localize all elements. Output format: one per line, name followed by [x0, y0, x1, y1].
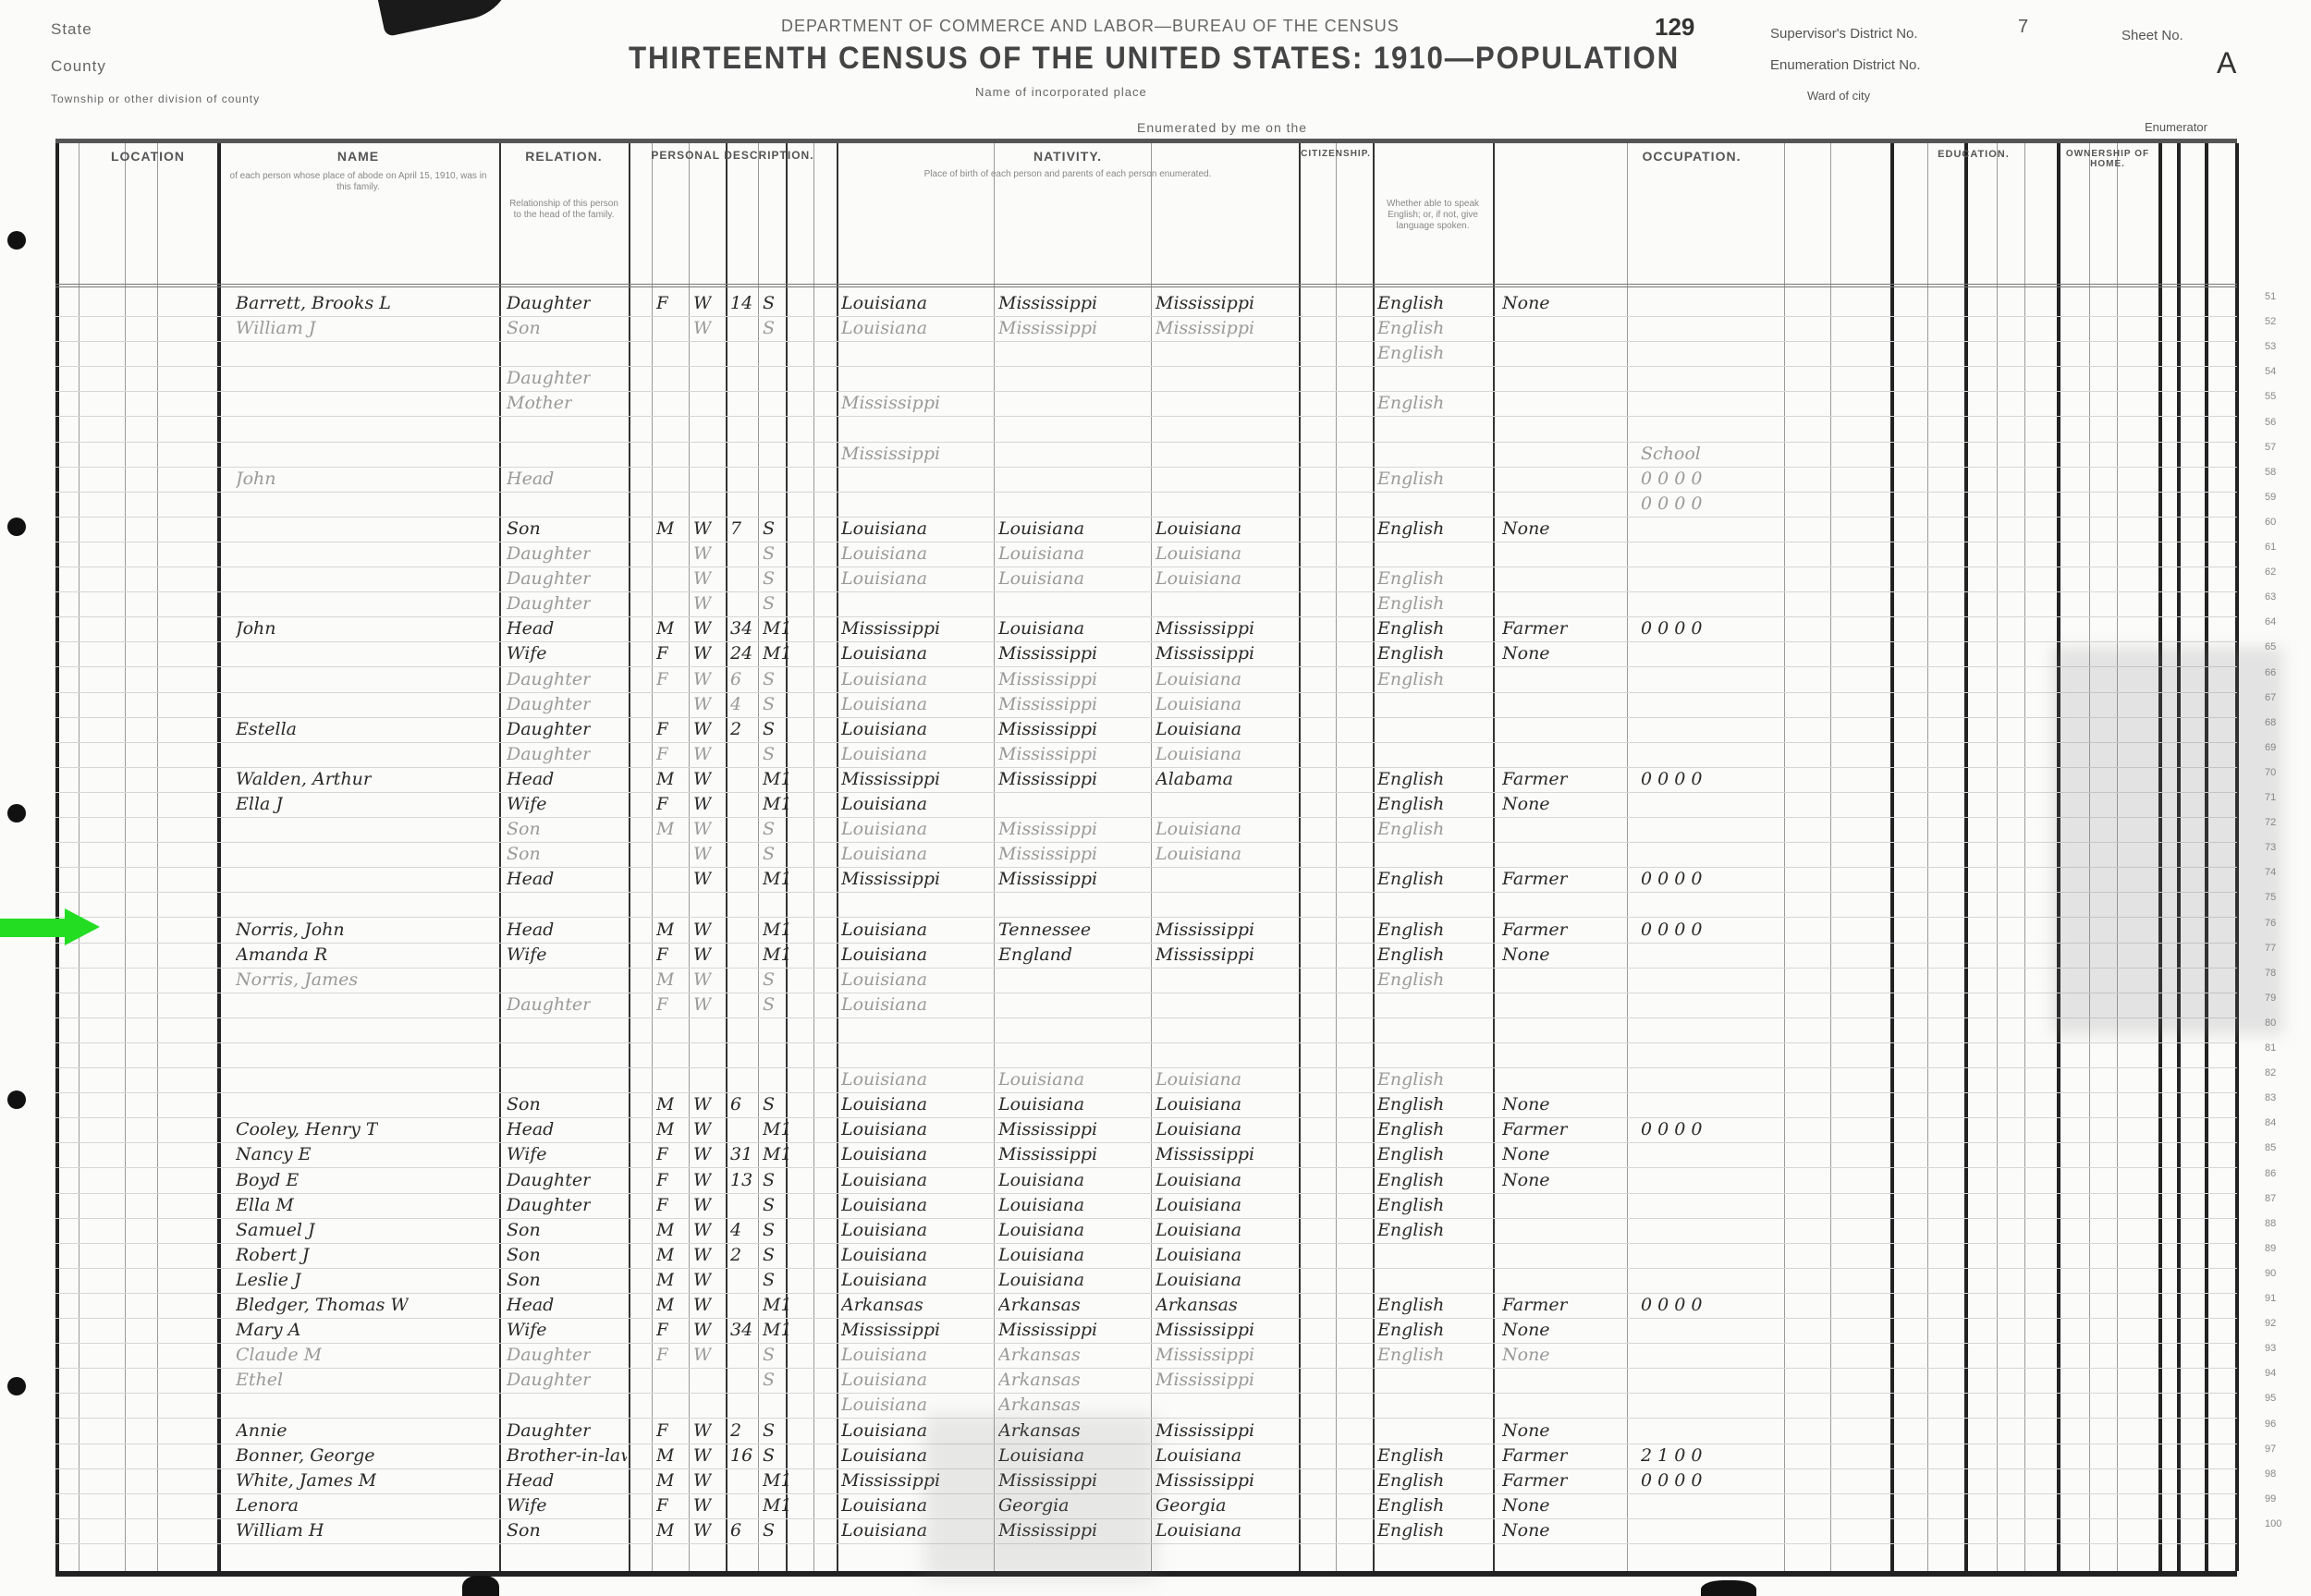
table-row: Cooley, Henry THeadMWM1LouisianaMississi… [55, 1117, 2237, 1143]
cell-language: English [1377, 643, 1444, 664]
cell-language: English [1377, 1320, 1444, 1340]
cell-occupation: None [1502, 944, 1550, 965]
cell-marital: S [763, 1195, 775, 1215]
township-label: Township or other division of county [51, 92, 260, 105]
table-row: DaughterW4SLouisianaMississippiLouisiana… [55, 692, 2237, 718]
cell-sex: F [656, 944, 668, 965]
cell-marital: M1 [763, 944, 790, 965]
cell-extra: 0 0 0 0 [1641, 869, 1702, 889]
cell-father-birth: Arkansas [998, 1295, 1081, 1315]
cell-father-birth: Louisiana [998, 618, 1084, 639]
cell-birth: Louisiana [841, 1094, 927, 1115]
cell-sex: F [656, 293, 668, 313]
colhead-citizenship: CITIZENSHIP. [1299, 149, 1373, 159]
line-number: 62 [2265, 567, 2276, 578]
table-row: Ella JWifeFWM1LouisianaEnglishNone71 [55, 792, 2237, 818]
ink-blot [375, 0, 521, 37]
cell-relation: Head [507, 469, 554, 489]
cell-occupation: None [1502, 518, 1550, 539]
cell-mother-birth: Mississippi [1155, 1144, 1254, 1164]
cell-name: Cooley, Henry T [236, 1119, 378, 1139]
table-row: SonWSLouisianaMississippiLouisiana73 [55, 842, 2237, 868]
cell-marital: S [763, 518, 775, 539]
cell-race: W [693, 593, 712, 614]
ward-label: Ward of city [1807, 89, 1870, 103]
cell-relation: Son [507, 318, 541, 338]
cell-extra: 0 0 0 0 [1641, 920, 1702, 940]
cell-sex: F [656, 643, 668, 664]
cell-age: 4 [730, 694, 741, 714]
cell-occupation: Farmer [1502, 869, 1568, 889]
census-table: LOCATION NAME of each person whose place… [55, 139, 2237, 1577]
cell-language: English [1377, 1345, 1444, 1365]
table-row: WifeFW24M1LouisianaMississippiMississipp… [55, 641, 2237, 667]
line-number: 83 [2265, 1092, 2276, 1103]
colhead-personal: PERSONAL DESCRIPTION. [629, 149, 837, 162]
cell-relation: Mother [507, 393, 572, 413]
line-number: 91 [2265, 1293, 2276, 1304]
cell-age: 34 [730, 618, 752, 639]
cell-race: W [693, 794, 712, 814]
cell-age: 24 [730, 643, 752, 664]
cell-race: W [693, 518, 712, 539]
cell-age: 13 [730, 1170, 752, 1190]
line-number: 82 [2265, 1067, 2276, 1078]
cell-mother-birth: Louisiana [1155, 694, 1241, 714]
cell-race: W [693, 318, 712, 338]
cell-sex: M [656, 1295, 674, 1315]
table-row: 75 [55, 892, 2237, 918]
enumerator-label: Enumerator [2145, 120, 2207, 134]
cell-occupation: None [1502, 794, 1550, 814]
cell-language: English [1377, 969, 1444, 990]
cell-birth: Louisiana [841, 1245, 927, 1265]
cell-occupation: Farmer [1502, 618, 1568, 639]
cell-marital: M1 [763, 920, 790, 940]
table-row: Mary AWifeFW34M1MississippiMississippiMi… [55, 1318, 2237, 1344]
cell-race: W [693, 1345, 712, 1365]
cell-marital: S [763, 593, 775, 614]
cell-language: English [1377, 1220, 1444, 1240]
cell-name: Norris, John [236, 920, 345, 940]
cell-sex: M [656, 769, 674, 789]
table-row: Leslie JSonMWSLouisianaLouisianaLouisian… [55, 1268, 2237, 1294]
table-row: Amanda RWifeFWM1LouisianaEnglandMississi… [55, 943, 2237, 969]
cell-language: English [1377, 1195, 1444, 1215]
state-label: State [51, 20, 92, 39]
cell-sex: M [656, 518, 674, 539]
cell-birth: Louisiana [841, 694, 927, 714]
cell-marital: S [763, 543, 775, 564]
cell-marital: S [763, 318, 775, 338]
cell-marital: S [763, 994, 775, 1015]
cell-name: Barrett, Brooks L [236, 293, 391, 313]
cell-birth: Arkansas [841, 1295, 923, 1315]
cell-extra: School [1641, 444, 1701, 464]
table-row: Robert JSonMW2SLouisianaLouisianaLouisia… [55, 1243, 2237, 1269]
cell-language: English [1377, 1495, 1444, 1516]
table-row: MississippiSchool57 [55, 442, 2237, 468]
cell-mother-birth: Mississippi [1155, 293, 1254, 313]
cell-extra: 0 0 0 0 [1641, 618, 1702, 639]
cell-relation: Head [507, 769, 554, 789]
line-number: 87 [2265, 1193, 2276, 1204]
punch-hole [7, 1377, 26, 1395]
cell-race: W [693, 944, 712, 965]
cell-sex: M [656, 1520, 674, 1541]
table-row: Samuel JSonMW4SLouisianaLouisianaLouisia… [55, 1218, 2237, 1244]
cell-occupation: None [1502, 1094, 1550, 1115]
cell-language: English [1377, 293, 1444, 313]
cell-relation: Wife [507, 1320, 547, 1340]
cell-age: 2 [730, 719, 741, 739]
cell-name: William H [236, 1520, 324, 1541]
line-number: 61 [2265, 542, 2276, 553]
colhead-location: LOCATION [79, 149, 217, 164]
cell-name: Boyd E [236, 1170, 299, 1190]
table-row: Norris, JohnHeadMWM1LouisianaTennesseeMi… [55, 918, 2237, 944]
cell-relation: Son [507, 1220, 541, 1240]
cell-father-birth: Mississippi [998, 844, 1097, 864]
cell-marital: S [763, 568, 775, 589]
cell-mother-birth: Mississippi [1155, 318, 1254, 338]
cell-occupation: Farmer [1502, 769, 1568, 789]
cell-name: Walden, Arthur [236, 769, 372, 789]
cell-language: English [1377, 944, 1444, 965]
cell-birth: Louisiana [841, 844, 927, 864]
cell-father-birth: Louisiana [998, 1270, 1084, 1290]
cell-race: W [693, 994, 712, 1015]
cell-mother-birth: Mississippi [1155, 944, 1254, 965]
cell-birth: Mississippi [841, 1320, 940, 1340]
cell-birth: Louisiana [841, 920, 927, 940]
cell-race: W [693, 1270, 712, 1290]
cell-race: W [693, 1119, 712, 1139]
cell-sex: M [656, 1119, 674, 1139]
cell-birth: Louisiana [841, 1395, 927, 1415]
cell-mother-birth: Louisiana [1155, 1445, 1241, 1466]
cell-relation: Head [507, 1470, 554, 1491]
cell-birth: Mississippi [841, 444, 940, 464]
cell-extra: 2 1 0 0 [1641, 1445, 1702, 1466]
cell-mother-birth: Louisiana [1155, 568, 1241, 589]
cell-relation: Daughter [507, 694, 591, 714]
cell-marital: M1 [763, 618, 790, 639]
table-row: Daughter54 [55, 366, 2237, 392]
cell-birth: Louisiana [841, 719, 927, 739]
line-number: 95 [2265, 1393, 2276, 1404]
cell-sex: M [656, 1220, 674, 1240]
cell-language: English [1377, 393, 1444, 413]
cell-sex: F [656, 794, 668, 814]
cell-occupation: None [1502, 1170, 1550, 1190]
cell-father-birth: Mississippi [998, 293, 1097, 313]
cell-name: William J [236, 318, 316, 338]
cell-language: English [1377, 618, 1444, 639]
cell-relation: Daughter [507, 568, 591, 589]
cell-mother-birth: Louisiana [1155, 669, 1241, 689]
cell-name: Mary A [236, 1320, 300, 1340]
cell-marital: S [763, 1220, 775, 1240]
cell-occupation: Farmer [1502, 1295, 1568, 1315]
cell-language: English [1377, 794, 1444, 814]
cell-race: W [693, 643, 712, 664]
table-row: William JSonWSLouisianaMississippiMissis… [55, 316, 2237, 342]
table-row: SonMWSLouisianaMississippiLouisianaEngli… [55, 817, 2237, 843]
cell-race: W [693, 1445, 712, 1466]
cell-language: English [1377, 1144, 1444, 1164]
cell-relation: Daughter [507, 744, 591, 764]
cell-mother-birth: Mississippi [1155, 920, 1254, 940]
cell-birth: Louisiana [841, 969, 927, 990]
cell-mother-birth: Georgia [1155, 1495, 1227, 1516]
cell-father-birth: Mississippi [998, 643, 1097, 664]
cell-sex: F [656, 1420, 668, 1441]
cell-sex: M [656, 819, 674, 839]
line-number: 99 [2265, 1493, 2276, 1505]
punch-hole [7, 1090, 26, 1109]
cell-name: Ethel [236, 1370, 283, 1390]
cell-relation: Daughter [507, 1420, 591, 1441]
line-number: 86 [2265, 1168, 2276, 1179]
cell-age: 2 [730, 1245, 741, 1265]
cell-relation: Wife [507, 1144, 547, 1164]
cell-marital: S [763, 694, 775, 714]
line-number: 57 [2265, 442, 2276, 453]
enumerated-label: Enumerated by me on the [1137, 120, 1307, 135]
cell-age: 6 [730, 1520, 741, 1541]
cell-name: Robert J [236, 1245, 310, 1265]
cell-father-birth: Mississippi [998, 1320, 1097, 1340]
line-number: 60 [2265, 517, 2276, 528]
place-label: Name of incorporated place [975, 85, 1147, 99]
cell-relation: Head [507, 1119, 554, 1139]
cell-marital: S [763, 1520, 775, 1541]
cell-mother-birth: Mississippi [1155, 1370, 1254, 1390]
document-title: THIRTEENTH CENSUS OF THE UNITED STATES: … [629, 41, 1680, 77]
cell-race: W [693, 694, 712, 714]
cell-relation: Son [507, 518, 541, 539]
cell-mother-birth: Louisiana [1155, 1245, 1241, 1265]
department-heading: DEPARTMENT OF COMMERCE AND LABOR—BUREAU … [781, 17, 1400, 36]
cell-birth: Louisiana [841, 1195, 927, 1215]
cell-race: W [693, 869, 712, 889]
line-number: 96 [2265, 1419, 2276, 1430]
cell-relation: Head [507, 869, 554, 889]
cell-language: English [1377, 343, 1444, 363]
table-row: MotherMississippiEnglish55 [55, 391, 2237, 417]
table-row: Walden, ArthurHeadMWM1MississippiMississ… [55, 767, 2237, 793]
cell-age: 6 [730, 1094, 741, 1115]
cell-name: John [236, 469, 276, 489]
cell-language: English [1377, 1470, 1444, 1491]
line-number: 58 [2265, 467, 2276, 478]
cell-race: W [693, 920, 712, 940]
cell-occupation: None [1502, 1345, 1550, 1365]
cell-marital: M1 [763, 643, 790, 664]
colhead-language-desc: Whether able to speak English; or, if no… [1377, 199, 1488, 232]
cell-relation: Son [507, 844, 541, 864]
cell-age: 34 [730, 1320, 752, 1340]
cell-mother-birth: Louisiana [1155, 1119, 1241, 1139]
table-row: JohnHeadMW34M1MississippiLouisianaMissis… [55, 616, 2237, 642]
cell-marital: M1 [763, 1495, 790, 1516]
cell-name: Samuel J [236, 1220, 315, 1240]
cell-father-birth: Mississippi [998, 769, 1097, 789]
sheet-label: Sheet No. [2121, 28, 2183, 43]
cell-language: English [1377, 568, 1444, 589]
table-row: SonMW7SLouisianaLouisianaLouisianaEnglis… [55, 517, 2237, 542]
cell-age: 6 [730, 669, 741, 689]
cell-mother-birth: Mississippi [1155, 1470, 1254, 1491]
table-row: HeadWM1MississippiMississippiEnglishFarm… [55, 867, 2237, 893]
table-row: Bledger, Thomas WHeadMWM1ArkansasArkansa… [55, 1293, 2237, 1319]
cell-sex: M [656, 618, 674, 639]
cell-mother-birth: Mississippi [1155, 1345, 1254, 1365]
cell-name: Claude M [236, 1345, 322, 1365]
table-row: English53 [55, 341, 2237, 367]
cell-language: English [1377, 1069, 1444, 1090]
cell-occupation: None [1502, 293, 1550, 313]
cell-mother-birth: Louisiana [1155, 1220, 1241, 1240]
cell-name: Bledger, Thomas W [236, 1295, 409, 1315]
cell-birth: Louisiana [841, 994, 927, 1015]
cell-name: John [236, 618, 276, 639]
cell-birth: Louisiana [841, 1520, 927, 1541]
table-row: DaughterFW6SLouisianaMississippiLouisian… [55, 667, 2237, 693]
line-number: 92 [2265, 1318, 2276, 1329]
cell-marital: M1 [763, 869, 790, 889]
cell-occupation: None [1502, 1495, 1550, 1516]
cell-relation: Son [507, 1520, 541, 1541]
cell-relation: Daughter [507, 1170, 591, 1190]
colhead-ownership: OWNERSHIP OF HOME. [2057, 149, 2158, 169]
cell-name: Bonner, George [236, 1445, 375, 1466]
cell-language: English [1377, 469, 1444, 489]
table-row: Barrett, Brooks LDaughterFW14SLouisianaM… [55, 291, 2237, 317]
cell-extra: 0 0 0 0 [1641, 469, 1702, 489]
cell-relation: Daughter [507, 543, 591, 564]
cell-occupation: None [1502, 1420, 1550, 1441]
cell-father-birth: Mississippi [998, 1144, 1097, 1164]
cell-occupation: Farmer [1502, 1445, 1568, 1466]
cell-race: W [693, 1320, 712, 1340]
cell-occupation: None [1502, 643, 1550, 664]
cell-language: English [1377, 869, 1444, 889]
sheet-letter: A [2217, 46, 2236, 80]
cell-race: W [693, 1295, 712, 1315]
cell-sex: M [656, 1470, 674, 1491]
cell-father-birth: Arkansas [998, 1395, 1081, 1415]
cell-relation: Wife [507, 794, 547, 814]
table-row: JohnHeadEnglish0 0 0 058 [55, 467, 2237, 493]
cell-father-birth: Mississippi [998, 719, 1097, 739]
punch-hole [7, 231, 26, 250]
cell-mother-birth: Louisiana [1155, 744, 1241, 764]
cell-marital: S [763, 1370, 775, 1390]
cell-father-birth: Mississippi [998, 1119, 1097, 1139]
cell-sex: M [656, 1245, 674, 1265]
cell-birth: Mississippi [841, 393, 940, 413]
line-number: 100 [2265, 1518, 2281, 1529]
cell-birth: Louisiana [841, 1370, 927, 1390]
line-number: 88 [2265, 1218, 2276, 1229]
cell-relation: Son [507, 1094, 541, 1115]
table-row: 80 [55, 1017, 2237, 1043]
line-number: 56 [2265, 417, 2276, 428]
cell-relation: Daughter [507, 1195, 591, 1215]
cell-sex: F [656, 1195, 668, 1215]
line-number: 51 [2265, 291, 2276, 302]
cell-sex: F [656, 1345, 668, 1365]
cell-sex: M [656, 1094, 674, 1115]
cell-father-birth: Louisiana [998, 1094, 1084, 1115]
line-number: 64 [2265, 616, 2276, 627]
cell-language: English [1377, 669, 1444, 689]
cell-birth: Louisiana [841, 1144, 927, 1164]
cell-mother-birth: Louisiana [1155, 1520, 1241, 1541]
cell-relation: Wife [507, 944, 547, 965]
table-row: DaughterFWSLouisianaMississippiLouisiana… [55, 742, 2237, 768]
line-number: 84 [2265, 1117, 2276, 1128]
cell-father-birth: Arkansas [998, 1370, 1081, 1390]
cell-relation: Daughter [507, 593, 591, 614]
cell-language: English [1377, 769, 1444, 789]
line-number: 54 [2265, 366, 2276, 377]
table-row: EstellaDaughterFW2SLouisianaMississippiL… [55, 717, 2237, 743]
cell-mother-birth: Mississippi [1155, 618, 1254, 639]
punch-hole [7, 804, 26, 822]
cell-father-birth: Louisiana [998, 543, 1084, 564]
cell-birth: Mississippi [841, 618, 940, 639]
cell-father-birth: Louisiana [998, 568, 1084, 589]
cell-birth: Louisiana [841, 1119, 927, 1139]
cell-sex: M [656, 920, 674, 940]
cell-birth: Louisiana [841, 643, 927, 664]
cell-marital: M1 [763, 1320, 790, 1340]
cell-father-birth: Mississippi [998, 819, 1097, 839]
cell-father-birth: Louisiana [998, 1170, 1084, 1190]
cell-marital: M1 [763, 1470, 790, 1491]
cell-birth: Louisiana [841, 568, 927, 589]
cell-marital: S [763, 1245, 775, 1265]
cell-extra: 0 0 0 0 [1641, 769, 1702, 789]
line-number: 81 [2265, 1042, 2276, 1054]
cell-race: W [693, 543, 712, 564]
cell-father-birth: Louisiana [998, 1220, 1084, 1240]
cell-sex: F [656, 1495, 668, 1516]
cell-birth: Louisiana [841, 318, 927, 338]
cell-language: English [1377, 1295, 1444, 1315]
cell-sex: M [656, 1445, 674, 1466]
census-sheet: State County Township or other division … [0, 0, 2311, 1596]
cell-relation: Son [507, 819, 541, 839]
cell-birth: Mississippi [841, 869, 940, 889]
cell-father-birth: Mississippi [998, 744, 1097, 764]
cell-birth: Louisiana [841, 1220, 927, 1240]
cell-language: English [1377, 920, 1444, 940]
table-row: 81 [55, 1042, 2237, 1068]
county-label: County [51, 57, 106, 76]
line-number: 89 [2265, 1243, 2276, 1254]
cell-birth: Louisiana [841, 944, 927, 965]
cell-race: W [693, 669, 712, 689]
table-row: Ella MDaughterFWSLouisianaLouisianaLouis… [55, 1193, 2237, 1219]
cell-race: W [693, 1170, 712, 1190]
cell-age: 31 [730, 1144, 752, 1164]
cell-marital: M1 [763, 794, 790, 814]
cell-race: W [693, 769, 712, 789]
